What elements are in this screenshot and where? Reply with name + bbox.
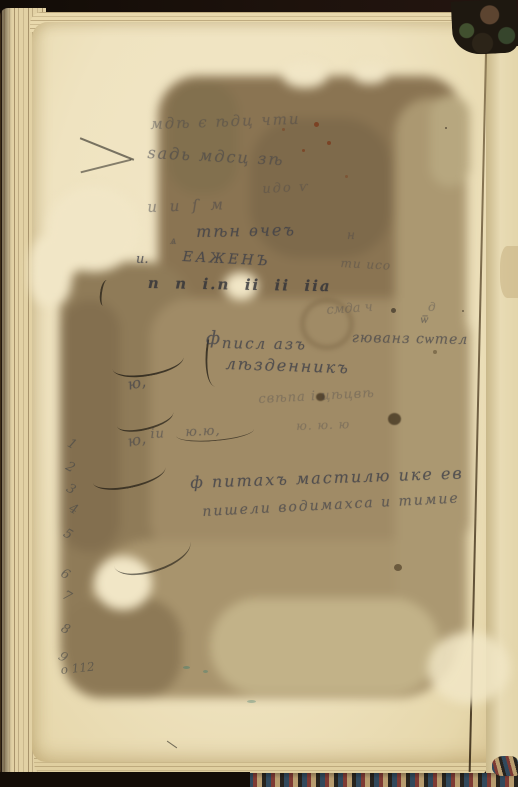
handwriting-line: ю,	[126, 429, 147, 450]
ink-spot	[327, 141, 331, 145]
ink-spot	[391, 308, 396, 313]
parchment-area	[62, 598, 182, 698]
handwriting-line: тѣн ѳчеъ	[196, 220, 296, 241]
handwriting-line: и.	[136, 252, 149, 267]
edge-notch	[282, 62, 328, 88]
handwriting-line: ф	[206, 328, 220, 349]
handwriting-line: и и ſ м	[147, 195, 227, 216]
handwriting-line: н	[347, 228, 355, 242]
handwriting-line: ю,	[126, 372, 147, 393]
handwriting-line: гюванз сѡтел	[352, 330, 469, 349]
page-speck	[462, 310, 464, 312]
parchment-area-light	[210, 598, 440, 694]
ink-blot	[388, 413, 401, 425]
handwriting-line: писл азъ	[222, 334, 307, 353]
handwriting-tally-row: п п і.п іі іі ііа	[148, 274, 332, 295]
handwriting-line: д	[428, 300, 436, 314]
ink-spot	[345, 175, 348, 178]
teal-mark	[183, 666, 190, 669]
faded-corner	[428, 632, 510, 704]
edge-notch	[352, 64, 388, 84]
ink-spot	[314, 122, 319, 127]
parchment-area	[168, 82, 238, 194]
handwriting-line: ю. ю. ю	[296, 417, 350, 433]
teal-mark	[247, 700, 256, 703]
book-photo: мдѣ є ѣдц чти ѕадь мдсц зѣ идо ѵ и и ſ м…	[0, 0, 518, 787]
teal-mark	[203, 670, 208, 673]
ink-spot	[282, 128, 285, 131]
ink-blot	[394, 564, 402, 571]
ink-spot	[302, 149, 305, 152]
page-speck	[445, 127, 447, 129]
parchment-area-light	[430, 95, 470, 187]
handwriting-line: ѿ	[420, 312, 428, 327]
handwriting-line: идо ѵ	[262, 180, 310, 197]
handwriting-line: ѧ	[170, 233, 177, 248]
ink-spot	[433, 350, 437, 354]
handwriting-line: ти исо	[340, 256, 391, 273]
torn-hole	[30, 236, 72, 306]
